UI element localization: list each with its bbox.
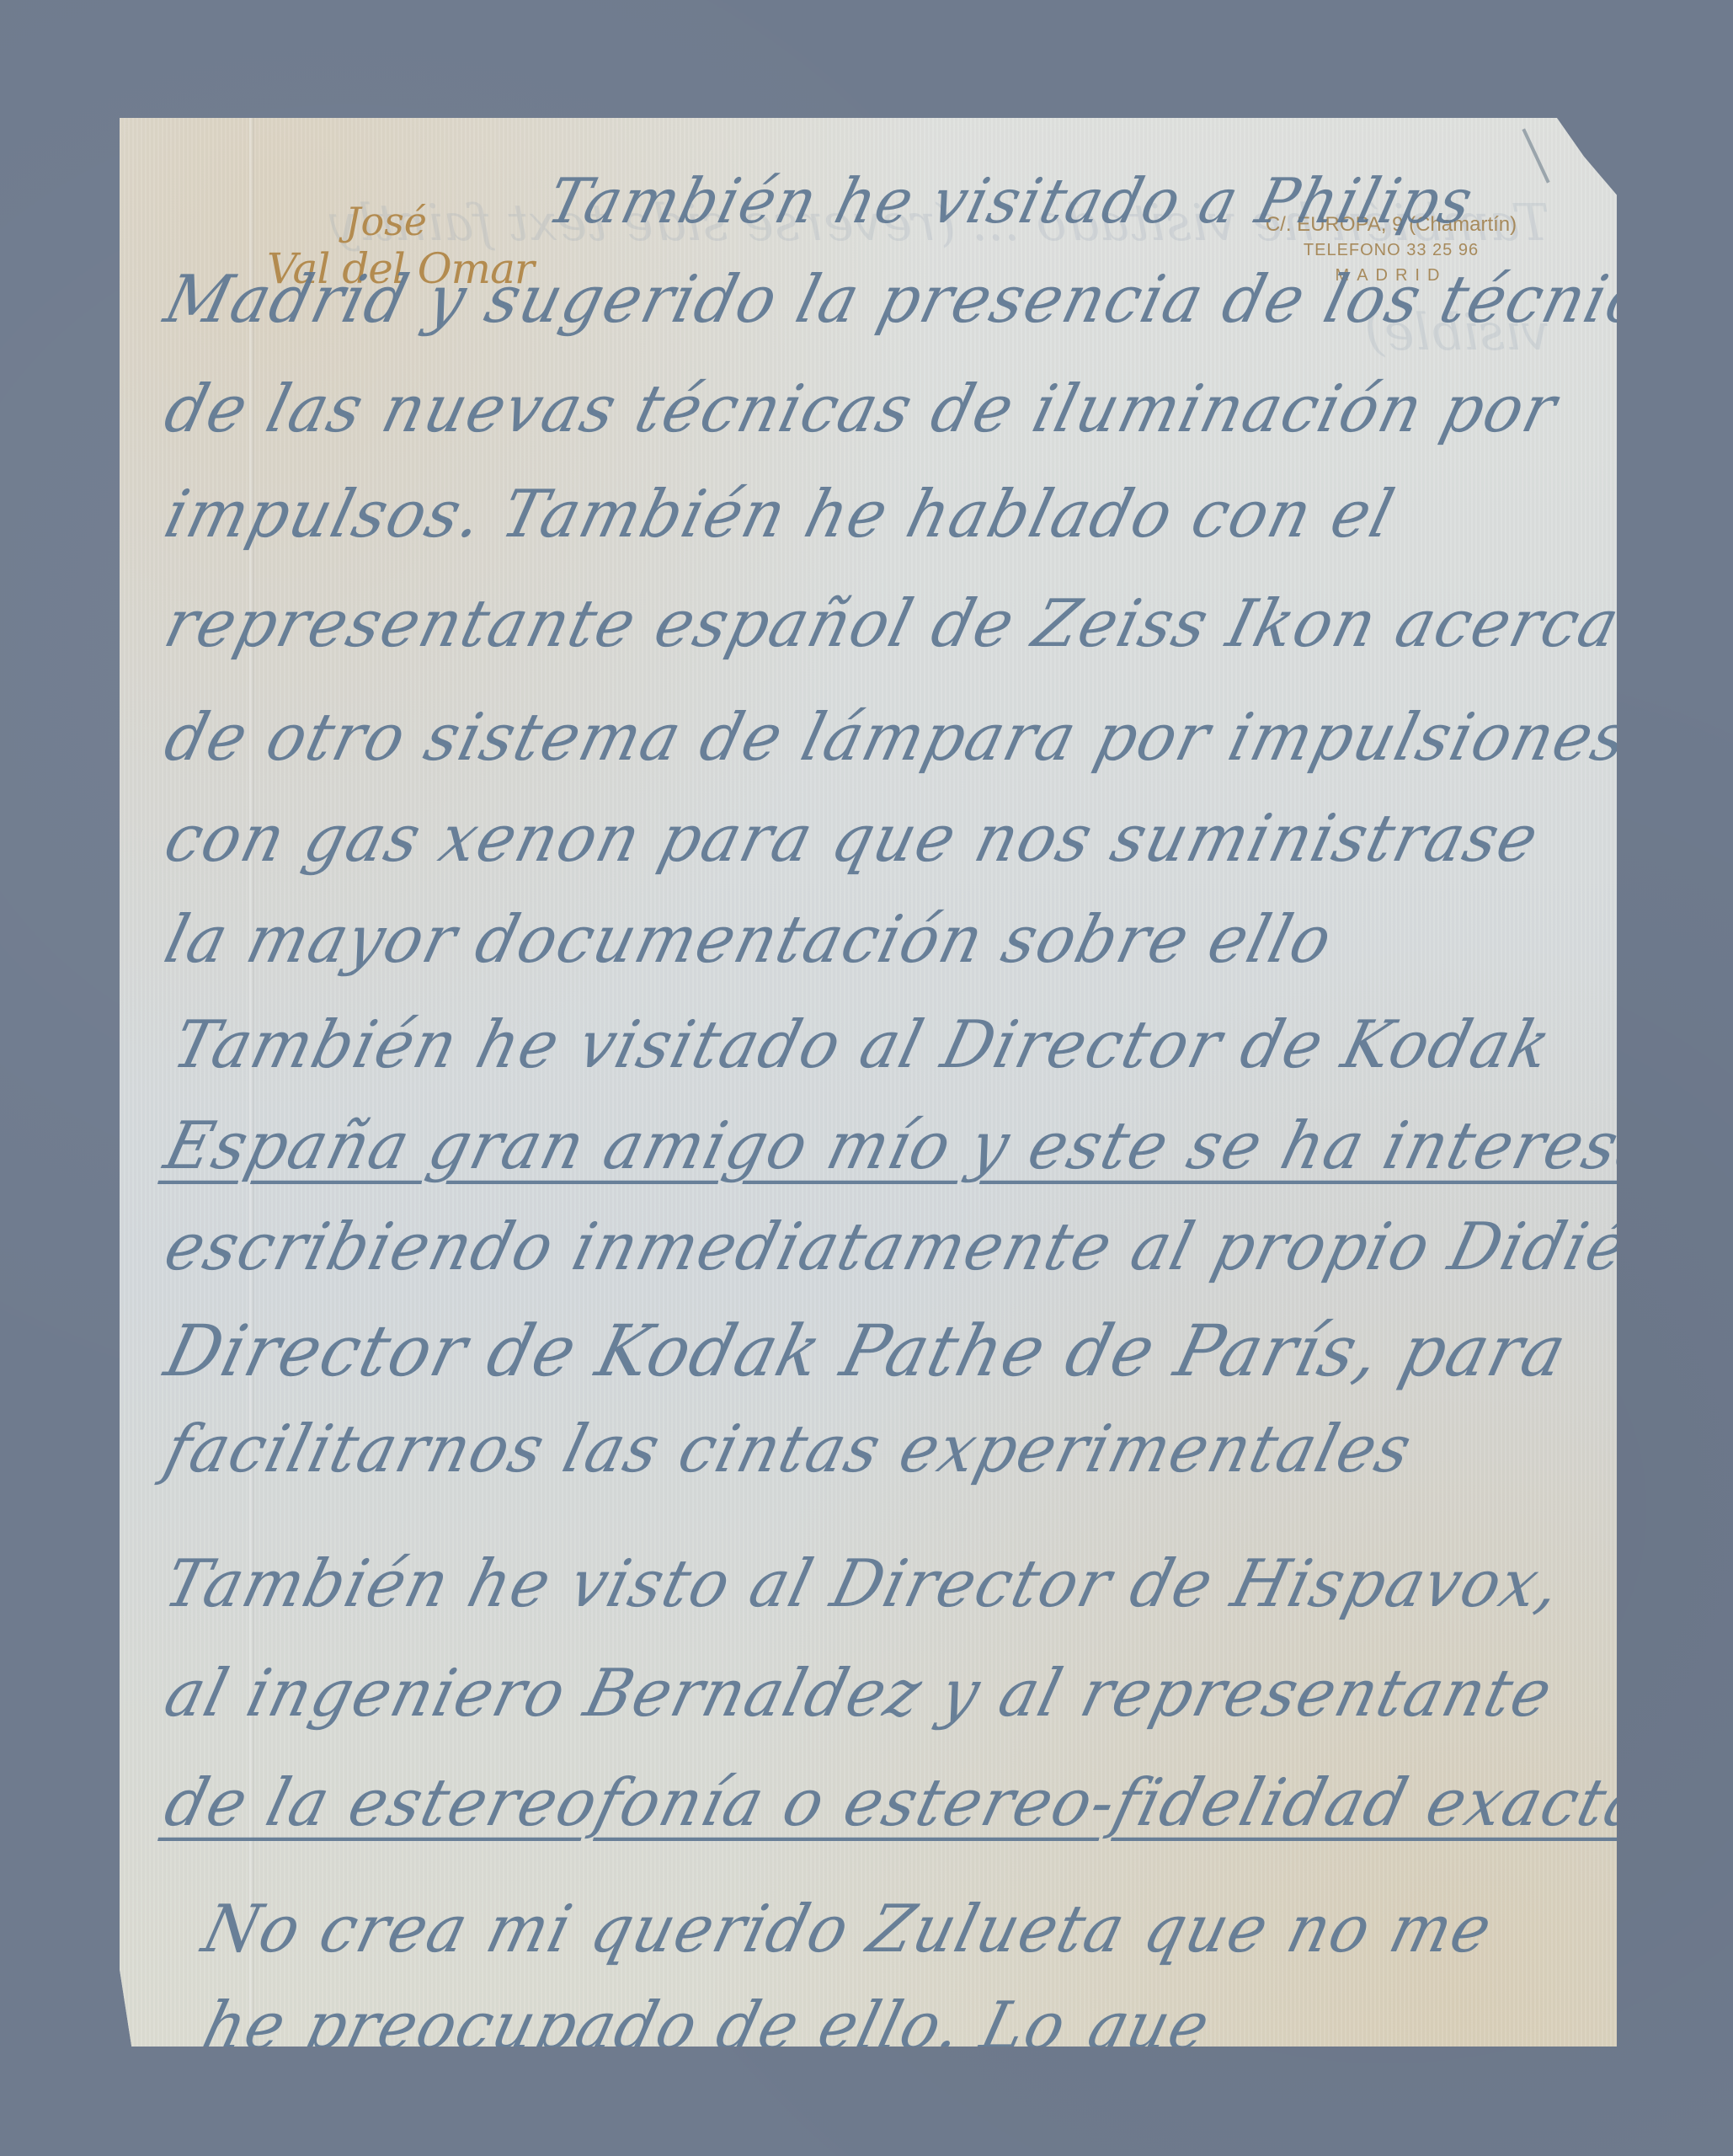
page-number-mark	[1522, 128, 1549, 183]
body-line: escribiendo inmediatamente al propio Did…	[157, 1209, 1635, 1285]
body-line: con gas xenon para que nos suministrase	[157, 801, 1547, 877]
body-line: No crea mi querido Zulueta que no me	[195, 1892, 1501, 1967]
body-line: facilitarnos las cintas experimentales	[157, 1412, 1420, 1487]
body-line: he preocupado de ello. Lo que	[195, 1988, 1218, 2064]
body-line: representante español de Zeiss Ikon acer…	[157, 586, 1628, 662]
body-line: al ingeniero Bernaldez y al representant…	[157, 1656, 1560, 1732]
body-line: También he visto al Director de Hispavox…	[157, 1546, 1570, 1622]
body-line: También he visitado al Director de Kodak	[166, 1007, 1560, 1083]
letterhead-phone: TELEFONO 33 25 96	[1240, 237, 1543, 263]
body-line: Madrid y sugerido la presencia de los té…	[157, 262, 1726, 338]
letterhead-first-name: José	[345, 199, 427, 244]
body-line: de las nuevas técnicas de iluminación po…	[157, 371, 1565, 447]
body-line: de otro sistema de lámpara por impulsion…	[157, 700, 1636, 776]
body-line: de la estereofonía o estereo-fidelidad e…	[157, 1765, 1654, 1841]
body-line: la mayor documentación sobre ello	[157, 902, 1341, 978]
body-line: España gran amigo mío y este se ha inter…	[157, 1108, 1733, 1184]
body-line: Director de Kodak Pathe de París, para	[157, 1310, 1576, 1392]
body-line: impulsos. También he hablado con el	[157, 477, 1402, 552]
letter-sheet: También he visitado ... (reverse side te…	[120, 118, 1617, 2047]
body-line: También he visitado a Philips	[541, 165, 1481, 237]
